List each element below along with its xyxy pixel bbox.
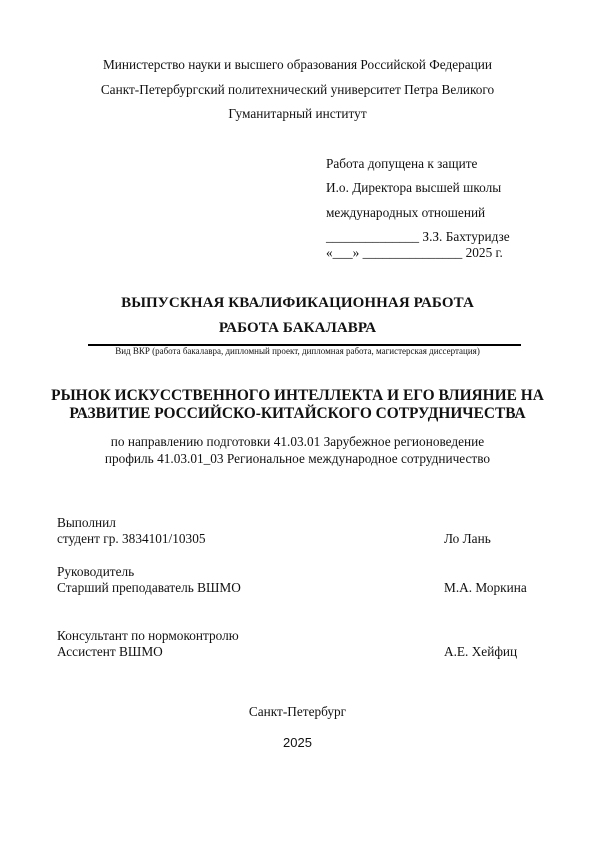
ministry-name: Министерство науки и высшего образования…: [0, 57, 595, 73]
study-direction: по направлению подготовки 41.03.01 Заруб…: [0, 434, 595, 450]
signatory-name: Ло Лань: [444, 531, 491, 547]
work-type-title: ВЫПУСКНАЯ КВАЛИФИКАЦИОННАЯ РАБОТА: [0, 295, 595, 312]
signatory-name: М.А. Моркина: [444, 580, 527, 596]
signatory-role: Выполнил: [57, 515, 116, 531]
university-name: Санкт-Петербургский политехнический унив…: [0, 82, 595, 98]
signatory-role: Руководитель: [57, 564, 134, 580]
topic-title-line-1: РЫНОК ИСКУССТВЕННОГО ИНТЕЛЛЕКТА И ЕГО ВЛ…: [0, 387, 595, 405]
approval-line-2: И.о. Директора высшей школы: [326, 180, 501, 196]
work-type-subtitle: РАБОТА БАКАЛАВРА: [0, 320, 595, 337]
work-type-caption: Вид ВКР (работа бакалавра, дипломный про…: [0, 346, 595, 356]
signatory-position: Старший преподаватель ВШМО: [57, 580, 241, 596]
signatory-name: А.Е. Хейфиц: [444, 644, 517, 660]
approval-line-1: Работа допущена к защите: [326, 156, 477, 172]
signatory-role: Консультант по нормоконтролю: [57, 628, 239, 644]
signatory-position: студент гр. 3834101/10305: [57, 531, 206, 547]
city: Санкт-Петербург: [0, 704, 595, 720]
approval-signature-line: ______________ З.З. Бахтуридзе: [326, 229, 510, 245]
approval-line-3: международных отношений: [326, 205, 485, 221]
institute-name: Гуманитарный институт: [0, 106, 595, 122]
study-profile: профиль 41.03.01_03 Региональное междуна…: [0, 451, 595, 467]
topic-title-line-2: РАЗВИТИЕ РОССИЙСКО-КИТАЙСКОГО СОТРУДНИЧЕ…: [0, 405, 595, 423]
year: 2025: [0, 735, 595, 750]
signatory-position: Ассистент ВШМО: [57, 644, 163, 660]
approval-date-line: «___» _______________ 2025 г.: [326, 245, 503, 261]
